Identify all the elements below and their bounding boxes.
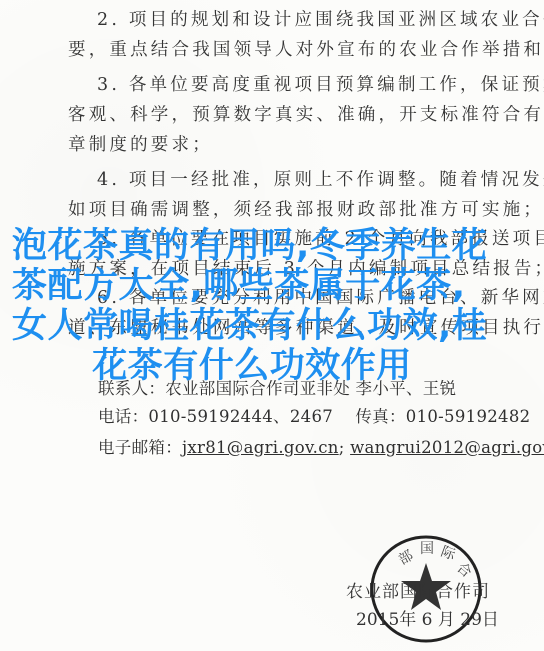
headline-line-3: 女人常喝桂花茶有什么功效,桂	[12, 306, 532, 346]
headline-line-2: 茶配方大全,哪些茶属于花茶,	[12, 266, 532, 306]
paragraph-2-line-2: 要，重点结合我国领导人对外宣布的农业合作举措和倡议；	[68, 42, 544, 60]
headline-line-4: 花茶有什么功效作用	[12, 346, 532, 386]
svg-text:国: 国	[420, 541, 434, 557]
document-date: 2015年 6 月 29日	[356, 605, 499, 630]
svg-text:际: 际	[439, 544, 459, 564]
email-link-2[interactable]: wangrui2012@agri.gov.cn	[350, 438, 544, 457]
seal-org-text: 农业部国际合作司	[346, 577, 490, 602]
headline-line-1: 泡花茶真的有用吗,冬季养生花	[12, 226, 532, 266]
paragraph-4-line-2: 如项目确需调整，须经我部报财政部批准方可实施；	[68, 202, 544, 220]
overlay-headline: 泡花茶真的有用吗,冬季养生花 茶配方大全,哪些茶属于花茶, 女人常喝桂花茶有什么…	[12, 226, 532, 386]
contact-email-line: 电子邮箱：jxr81@agri.gov.cn; wangrui2012@agri…	[98, 434, 544, 458]
paragraph-3-line-2: 客观、科学，预算数字真实、准确，开支标准符合有关财务规	[68, 107, 544, 125]
official-seal: 部 国 际 合 农业部国际合作司 2015年 6 月 29日	[368, 533, 486, 645]
contact-phone-fax: 电话：010-59192444、2467 传真：010-59192482	[98, 403, 530, 427]
paragraph-3-line-1: 3. 各单位要高度重视项目预算编制工作，保证预算编报	[97, 77, 544, 95]
email-label: 电子邮箱：	[98, 438, 182, 457]
svg-text:部: 部	[396, 548, 416, 569]
email-link-1[interactable]: jxr81@agri.gov.cn	[182, 438, 339, 457]
scanned-document-page: 2. 项目的规划和设计应围绕我国亚洲区域农业合作需 要，重点结合我国领导人对外宣…	[0, 0, 544, 651]
paragraph-4-line-1: 4. 项目一经批准，原则上不作调整。随着情况发生变化，	[97, 172, 544, 190]
paragraph-3-line-3: 章制度的要求；	[68, 137, 213, 155]
paragraph-2-line-1: 2. 项目的规划和设计应围绕我国亚洲区域农业合作需	[97, 12, 544, 30]
email-separator: ;	[339, 438, 350, 457]
